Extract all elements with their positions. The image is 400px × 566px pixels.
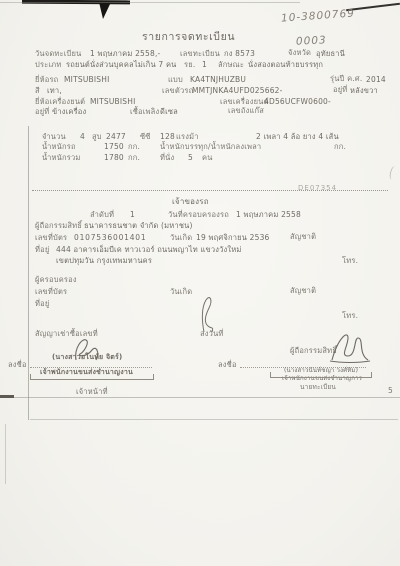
seat-count: 5 (188, 154, 193, 162)
registration-document: 10-3800769 0003 รายการจดทะเบียน วันจดทะเ… (0, 0, 400, 566)
address-line-1: 444 อาคารเอ็มบีเค ทาวเวอร์ ถนนพญาไท แขวง… (56, 246, 242, 254)
sign-label-left: ลงชื่อ (8, 361, 27, 369)
load-weight-unit: กก. (334, 143, 346, 151)
engine-number-label: เลขเครื่องยนต์ (220, 98, 269, 106)
id-card-label: เลขที่บัตร (35, 234, 67, 242)
possessor-birth-label: วันเกิด (170, 288, 192, 296)
registrar-role: นายทะเบียน (300, 384, 336, 391)
order-value: 1 (130, 211, 135, 219)
scan-artifact-top-streak (0, 2, 300, 3)
owner-section-title: เจ้าของรถ (172, 198, 209, 206)
total-weight-unit: กก. (128, 154, 140, 162)
color-label: สี (35, 87, 40, 95)
brand-label: ยี่ห้อรถ (35, 76, 58, 84)
sign-label-right: ลงชื่อ (218, 361, 237, 369)
signature-scribble-contract (198, 296, 220, 334)
load-weight-label: น้ำหนักบรรทุก/น้ำหนักลงเพลา (160, 143, 261, 151)
year-value: 2014 (366, 76, 386, 84)
cc-label: ซีซี (140, 133, 151, 141)
scan-tick-bottom-left (0, 395, 14, 398)
displacement-value: 2477 (106, 133, 126, 141)
possessor-phone-label: โทร. (342, 312, 358, 320)
page-mark: 5 (388, 387, 393, 395)
province-value: อุทัยธานี (316, 50, 345, 58)
type-value: รถยนต์นั่งส่วนบุคคลไม่เกิน 7 คน (66, 61, 177, 69)
address-label: ที่อยู่ (35, 246, 49, 254)
vin-location-value: หลังขวา (350, 87, 378, 95)
ry-label: รย. (184, 61, 195, 69)
possessor-id-label: เลขที่บัตร (35, 288, 67, 296)
engine-brand-value: MITSUBISHI (90, 98, 135, 106)
scan-artifact-top-spike (99, 2, 111, 19)
engine-location-label: อยู่ที่ (35, 108, 49, 116)
cylinder-unit: สูบ (92, 133, 102, 141)
possession-date-value: 1 พฤษภาคม 2558 (236, 211, 301, 219)
id-card-value: 0107536001401 (74, 234, 146, 242)
cylinder-count: 4 (80, 133, 85, 141)
type-label: ประเภท (35, 61, 61, 69)
handwritten-doc-number: 0003 (296, 35, 327, 47)
brand-value: MITSUBISHI (64, 76, 109, 84)
body-style-label: ลักษณะ (218, 61, 244, 69)
gas-tank-label: เลขถังแก๊ส (228, 107, 264, 115)
address-line-2: เขตปทุมวัน กรุงเทพมหานคร (56, 257, 152, 265)
nationality-label: สัญชาติ (290, 233, 316, 241)
scan-edge-lower-left (5, 424, 6, 484)
scan-line-bottom-2 (30, 419, 398, 420)
stamp-code: DE07354 (298, 185, 337, 192)
axle-wheel-tire-text: 2 เพลา 4 ล้อ ยาง 4 เส้น (256, 133, 339, 141)
scan-smudge-right (388, 165, 398, 180)
vehicle-weight-label: น้ำหนักรถ (42, 143, 76, 151)
ry-value: 1 (202, 61, 207, 69)
fuel-value: ดีเซล (160, 108, 178, 116)
holder-name: ธนาคารธนชาต จำกัด (มหาชน) (84, 222, 193, 230)
fuel-label: เชื้อเพลิง (130, 108, 159, 116)
order-label: ลำดับที่ (90, 211, 114, 219)
scan-border-left (28, 126, 29, 420)
cylinder-label: จำนวน (42, 133, 66, 141)
plate-value: กง 8573 (224, 50, 255, 58)
vin-location-label: อยู่ที่ (333, 86, 347, 94)
total-weight-label: น้ำหนักรวม (42, 154, 81, 162)
vin-value: MMTJNKA4UFD025662- (192, 87, 283, 95)
color-value: เทา, (47, 87, 62, 95)
vehicle-weight-unit: กก. (128, 143, 140, 151)
scan-line-bottom-1 (0, 397, 400, 398)
horsepower-value: 128 (160, 133, 175, 141)
engine-brand-label: ยี่ห้อเครื่องยนต์ (35, 98, 85, 106)
phone-label: โทร. (342, 257, 358, 265)
year-label: รุ่นปี ค.ศ. (330, 75, 362, 83)
seat-label: ที่นั่ง (160, 154, 174, 162)
officer-bracket (30, 374, 154, 380)
registrar-bracket (270, 372, 372, 378)
model-value: KA4TNJHUZBU (190, 76, 246, 84)
possession-date-label: วันที่ครอบครองรถ (168, 211, 229, 219)
possessor-address-label: ที่อยู่ (35, 300, 49, 308)
holder-label: ผู้ถือกรรมสิทธิ์ (35, 222, 82, 230)
reg-date-value: 1 พฤษภาคม 2558,- (90, 50, 160, 58)
officer-name: (นางสาวอโนทัย จิตร์) (52, 354, 122, 361)
document-title: รายการจดทะเบียน (142, 32, 235, 43)
vehicle-weight-value: 1750 (104, 143, 124, 151)
horsepower-label: แรงม้า (176, 133, 199, 141)
model-label: แบบ (168, 76, 183, 84)
total-weight-value: 1780 (104, 154, 124, 162)
possessor-nationality-label: สัญชาติ (290, 287, 316, 295)
birth-date-label: วันเกิด (170, 234, 192, 242)
birth-date-value: 19 พฤศจิกายน 2536 (196, 234, 270, 242)
reg-date-label: วันจดทะเบียน (35, 50, 81, 58)
engine-location-value: ข้างเครื่อง (52, 108, 86, 116)
signature-registrar (328, 330, 372, 364)
possessor-label: ผู้ครอบครอง (35, 276, 77, 284)
handwritten-ref-number: 10-3800769 (281, 8, 355, 24)
officer-role: เจ้าหน้าที่ (76, 388, 108, 396)
body-style-value: นั่งสองตอนท้ายบรรทุก (248, 61, 323, 69)
seat-unit: คน (202, 154, 213, 162)
plate-label: เลขทะเบียน (180, 50, 220, 58)
vin-label: เลขตัวรถ (162, 87, 193, 95)
engine-number-value: 4D56UCFW0600- (264, 98, 331, 106)
province-label: จังหวัด (288, 49, 311, 57)
